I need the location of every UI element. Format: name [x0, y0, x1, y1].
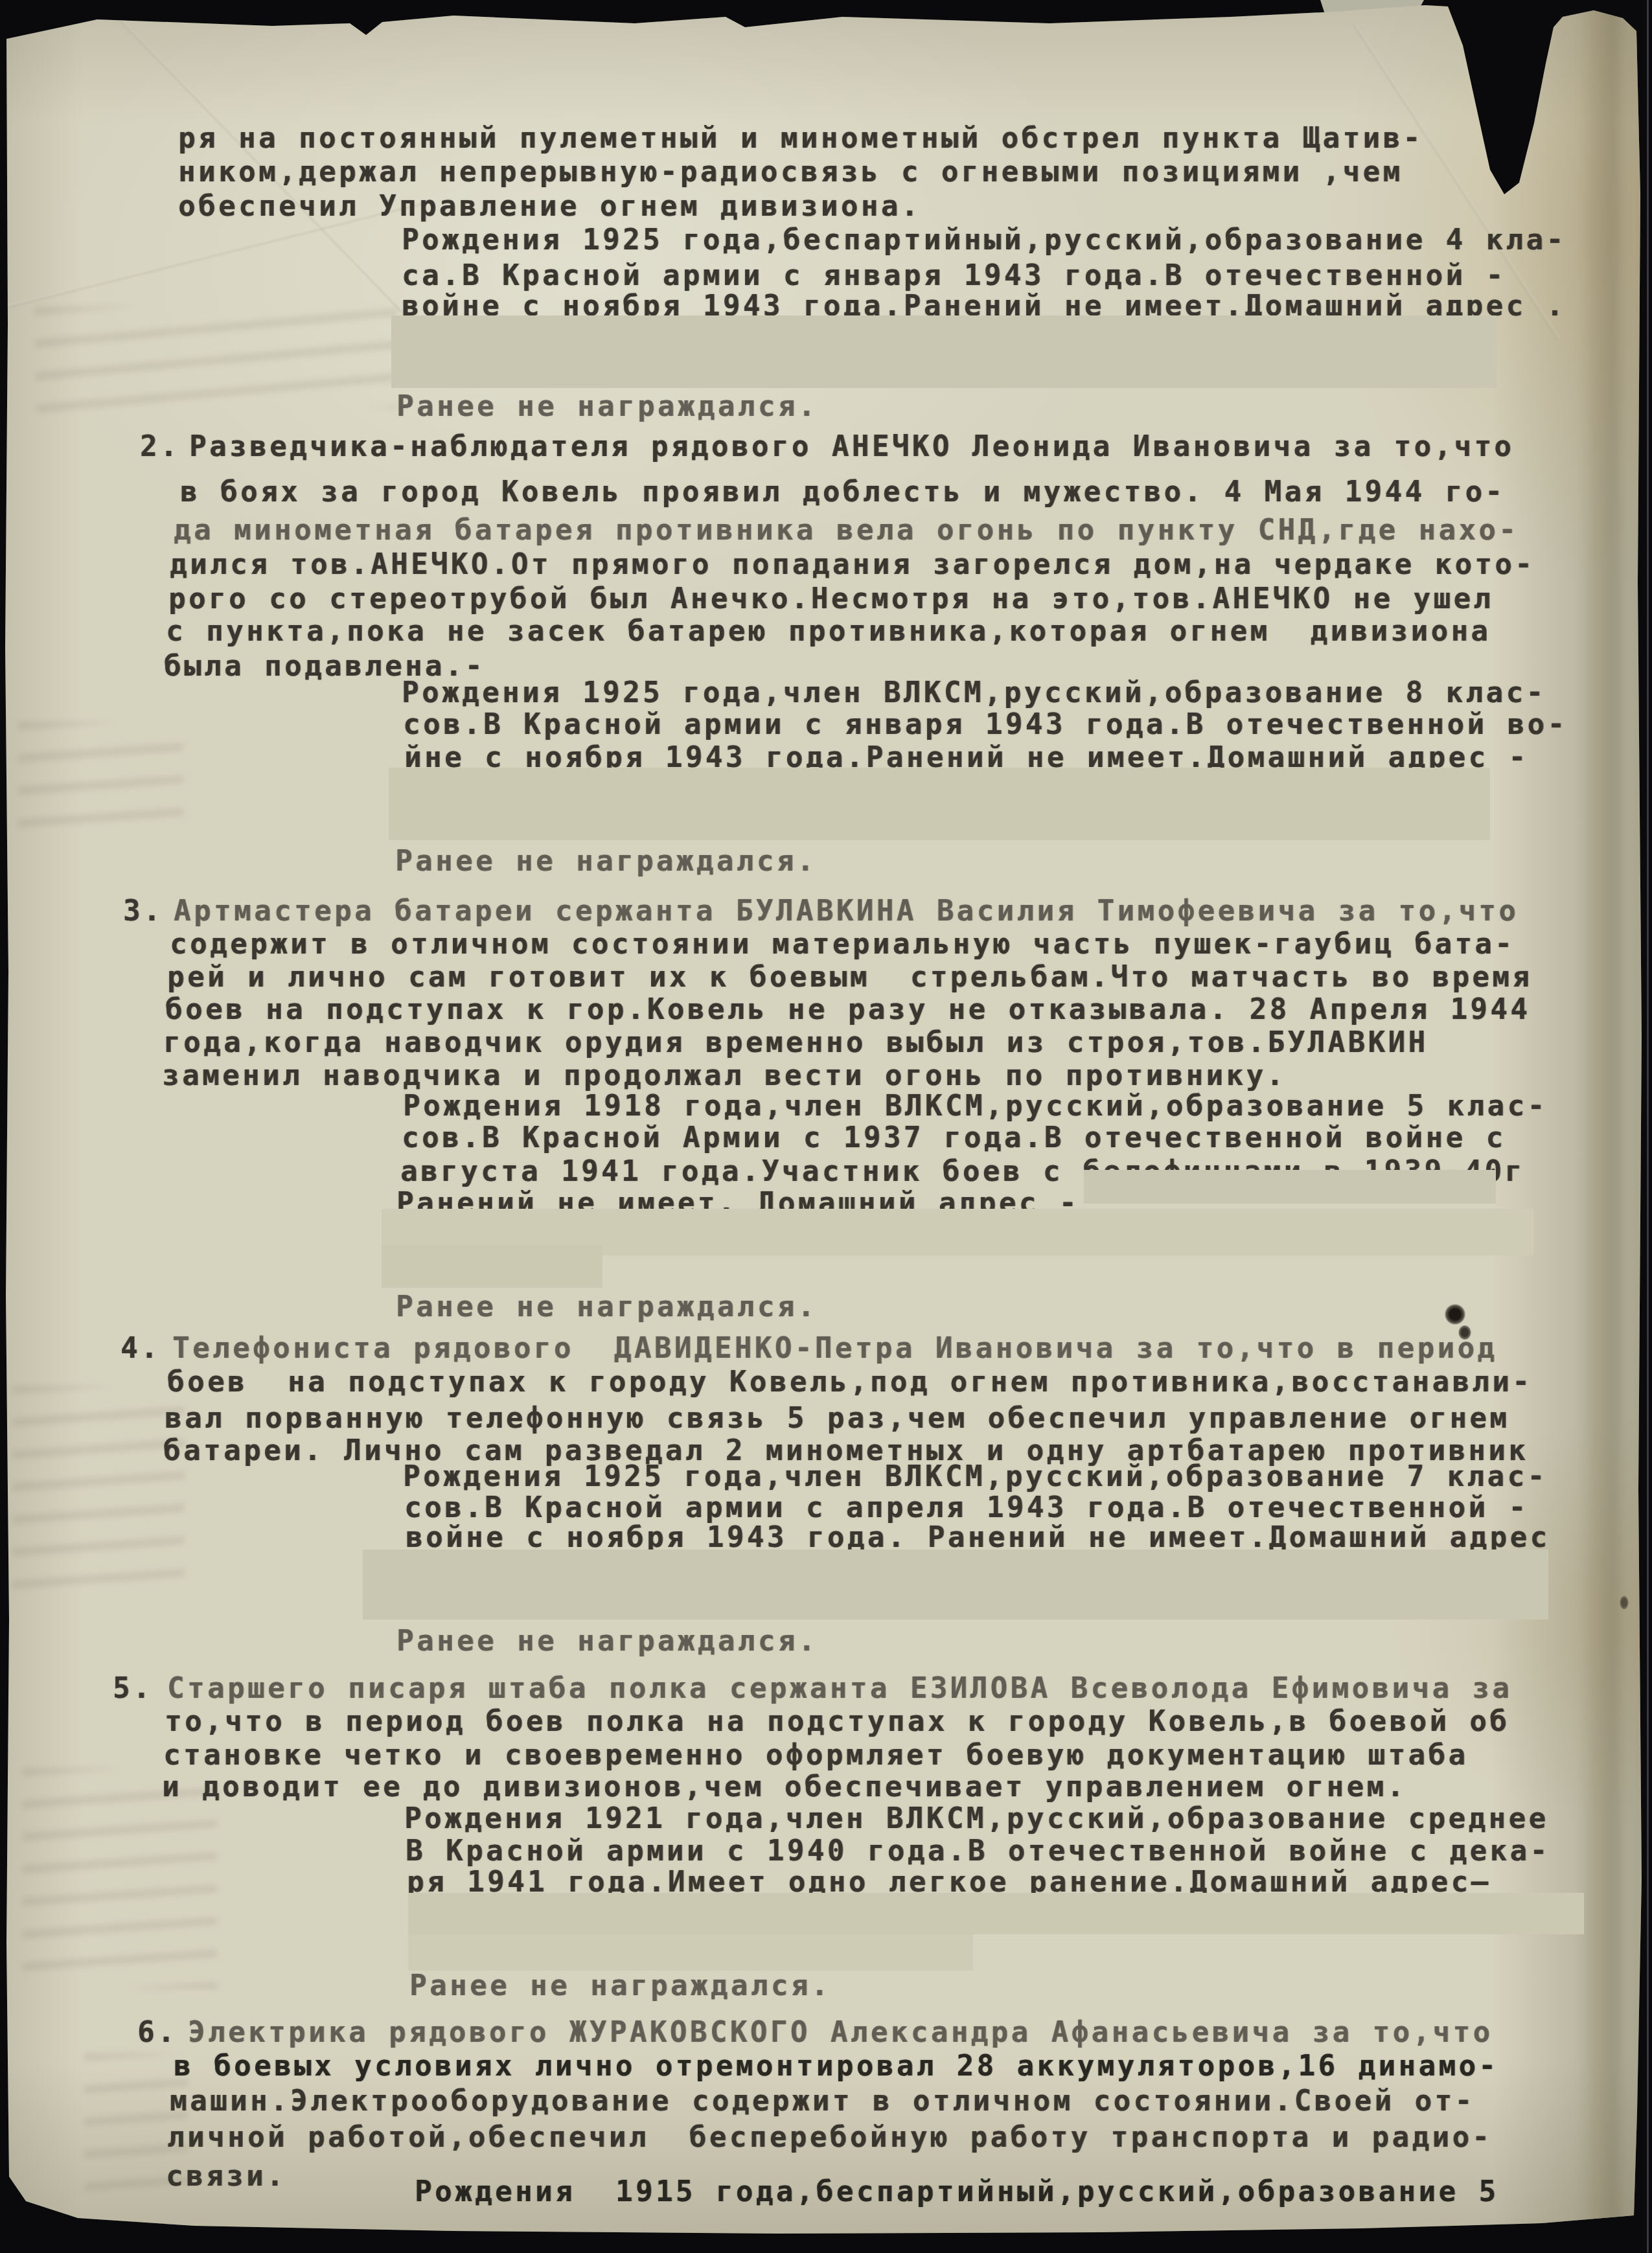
section-number: 3.: [123, 897, 163, 926]
redaction-box: [363, 1550, 1548, 1619]
ink-blot: [1456, 1323, 1473, 1342]
typed-line: боев на подступах к гор.Ковель не разу н…: [165, 996, 1530, 1024]
typed-line: Электрика рядового ЖУРАКОВСКОГО Александ…: [188, 2019, 1493, 2047]
typed-line: вал порванную телефонную связь 5 раз,чем…: [165, 1404, 1509, 1433]
typed-line: в боях за город Ковель проявил доблесть …: [180, 478, 1505, 507]
typed-line: да минометная батарея противника вела ог…: [174, 516, 1519, 545]
redaction-box: [391, 315, 1497, 388]
typed-line: содержит в отличном состоянии материальн…: [170, 930, 1515, 959]
typed-line: дился тов.АНЕЧКО.От прямого попадания за…: [170, 551, 1535, 579]
typed-line: Разведчика-наблюдателя рядового АНЕЧКО Л…: [189, 433, 1514, 461]
typed-line: Ранее не награждался.: [395, 847, 817, 876]
typed-line: Ранее не награждался.: [396, 1293, 818, 1321]
bleedthrough-text: [35, 301, 400, 415]
typed-line: сов.В Красной Армии с 1937 года.В отечес…: [402, 1124, 1506, 1152]
typed-line: становке четко и своевременно оформляет …: [163, 1741, 1468, 1770]
typed-line: Ранее не награждался.: [396, 1627, 818, 1656]
section-number: 4.: [120, 1334, 161, 1363]
typed-line: Рождения 1925 года,член ВЛКСМ,русский,об…: [403, 1463, 1547, 1491]
typed-line: Старшего писаря штаба полка сержанта ЕЗИ…: [167, 1675, 1512, 1703]
typed-line: то,что в период боев полка на подступах …: [165, 1708, 1509, 1736]
typed-line: заменил наводчика и продолжал вести огон…: [162, 1062, 1286, 1090]
section-number: 2.: [140, 433, 180, 461]
typed-line: Телефониста рядового ДАВИДЕНКО-Петра Ива…: [172, 1334, 1497, 1363]
typed-line: Рождения 1915 года,беспартийный,русский,…: [415, 2178, 1498, 2206]
section-number: 6.: [137, 2019, 178, 2047]
typed-line: рей и лично сам готовит их к боевым стре…: [167, 963, 1532, 992]
typed-line: личной работой,обеспечил бесперебойную р…: [167, 2123, 1492, 2152]
redaction-box: [1084, 1170, 1496, 1204]
typed-line: сов.В Красной армии с января 1943 года.В…: [403, 711, 1567, 739]
typed-line: года,когда наводчик орудия временно выбы…: [163, 1029, 1428, 1057]
scanner-edge-line: [1647, 0, 1649, 2253]
paper-sheet: ря на постоянный пулеметный и минометный…: [0, 0, 1652, 2253]
typed-line: Рождения 1921 года,член ВЛКСМ,русский,об…: [404, 1805, 1548, 1833]
typed-line: Артмастера батареи сержанта БУЛАВКИНА Ва…: [174, 897, 1519, 926]
typed-line: Рождения 1918 года,член ВЛКСМ,русский,об…: [403, 1092, 1547, 1121]
typed-line: обеспечил Управление огнем дивизиона.: [178, 192, 921, 221]
section-number: 5.: [113, 1675, 153, 1703]
typed-line: ником,держал непрерывную-радиосвязь с ог…: [178, 158, 1403, 187]
paper-speck: [1618, 1594, 1630, 1612]
typed-line: сов.В Красной армии с апреля 1943 года.В…: [404, 1494, 1528, 1522]
right-fold-band: [1579, 0, 1627, 2253]
typed-line: с пункта,пока не засек батарею противник…: [166, 617, 1491, 646]
typed-line: Ранее не награждался.: [409, 1972, 831, 2000]
redaction-box: [408, 1893, 1584, 1934]
bleedthrough-text: [13, 1386, 185, 1600]
typed-line: связи.: [166, 2162, 286, 2191]
redaction-box: [389, 768, 1490, 840]
typed-line: са.В Красной армии с января 1943 года.В …: [402, 262, 1506, 290]
typed-line: войне с ноября 1943 года. Ранений не име…: [406, 1524, 1550, 1552]
typed-line: В Красной армии с 1940 года.В отечествен…: [406, 1837, 1550, 1866]
typed-line: Рождения 1925 года,член ВЛКСМ,русский,об…: [402, 679, 1546, 707]
typed-line: Рождения 1925 года,беспартийный,русский,…: [402, 226, 1566, 255]
typed-line: боев на подступах к городу Ковель,под ог…: [167, 1368, 1532, 1397]
typed-line: в боевых условиях лично отремонтировал 2…: [174, 2052, 1498, 2081]
redaction-box: [382, 1245, 602, 1288]
typed-line: и доводит ее до дивизионов,чем обеспечив…: [162, 1773, 1406, 1801]
typed-line: ря на постоянный пулеметный и минометный…: [178, 124, 1423, 153]
bleedthrough-text: [18, 722, 183, 829]
typed-line: Ранее не награждался.: [396, 393, 818, 421]
scanned-document-page: ря на постоянный пулеметный и минометный…: [0, 0, 1652, 2253]
typed-line: машин.Электрооборудование содержит в отл…: [170, 2087, 1474, 2116]
typed-line: рого со стереотрубой был Анечко.Несмотря…: [168, 585, 1493, 613]
redaction-box: [408, 1934, 973, 1971]
